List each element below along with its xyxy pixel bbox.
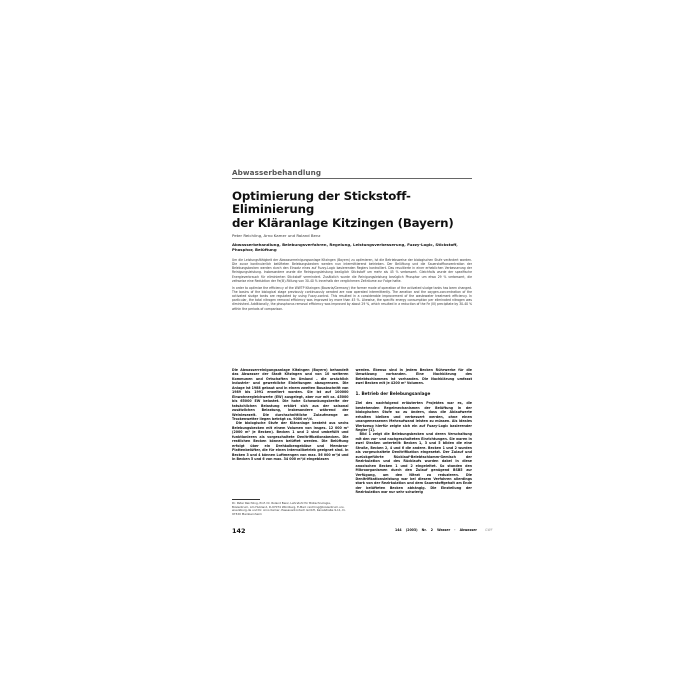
body-paragraph: Die biologische Stufe der Kläranlage bes… <box>232 421 349 461</box>
abstract-english: In order to optimize the efficiency of t… <box>232 286 472 311</box>
footnote-divider <box>232 499 260 500</box>
section-header: Abwasserbehandlung <box>232 168 472 179</box>
authors: Peter Reichling, Arno Kamer und Roland B… <box>232 233 472 238</box>
journal-logo-icon: GWF <box>485 528 492 532</box>
article-front-matter: Abwasserbehandlung Optimierung der Stick… <box>232 168 472 314</box>
body-column-left: Die Abwasserreinigungsanlage Kitzingen (… <box>232 368 349 495</box>
keywords: Abwasserbehandlung, Belebungsverfahren, … <box>232 243 472 253</box>
title-line-1: Optimierung der Stickstoff-Eliminierung <box>232 190 472 217</box>
title-line-2: der Kläranlage Kitzingen (Bayern) <box>232 217 472 231</box>
body-columns: Die Abwasserreinigungsanlage Kitzingen (… <box>232 368 472 495</box>
abstract-german: Um die Leistungsfähigkeit der Abwasserre… <box>232 258 472 283</box>
body-paragraph: Die Abwasserreinigungsanlage Kitzingen (… <box>232 368 349 421</box>
body-column-right: werden. Ebenso sind in jedem Becken Rühr… <box>356 368 473 495</box>
page-number: 142 <box>232 527 246 535</box>
body-paragraph: Bild 1 zeigt die Belebungsbecken und der… <box>356 432 473 494</box>
article-title: Optimierung der Stickstoff-Eliminierung … <box>232 190 472 231</box>
journal-info: 144 (2003) Nr. 2 Wasser · Abwasser GWF <box>395 528 493 532</box>
body-paragraph: Ziel des nachfolgend erläuterten Projekt… <box>356 401 473 432</box>
body-paragraph: werden. Ebenso sind in jedem Becken Rühr… <box>356 368 473 386</box>
author-footnote: Dr. Peter Reichling, Prof. Dr. Roland Be… <box>232 502 348 517</box>
journal-citation: 144 (2003) Nr. 2 Wasser · Abwasser <box>395 528 477 532</box>
section-heading: 1. Betrieb der Belebungsanlage <box>356 392 473 396</box>
abstract: Um die Leistungsfähigkeit der Abwasserre… <box>232 258 472 311</box>
